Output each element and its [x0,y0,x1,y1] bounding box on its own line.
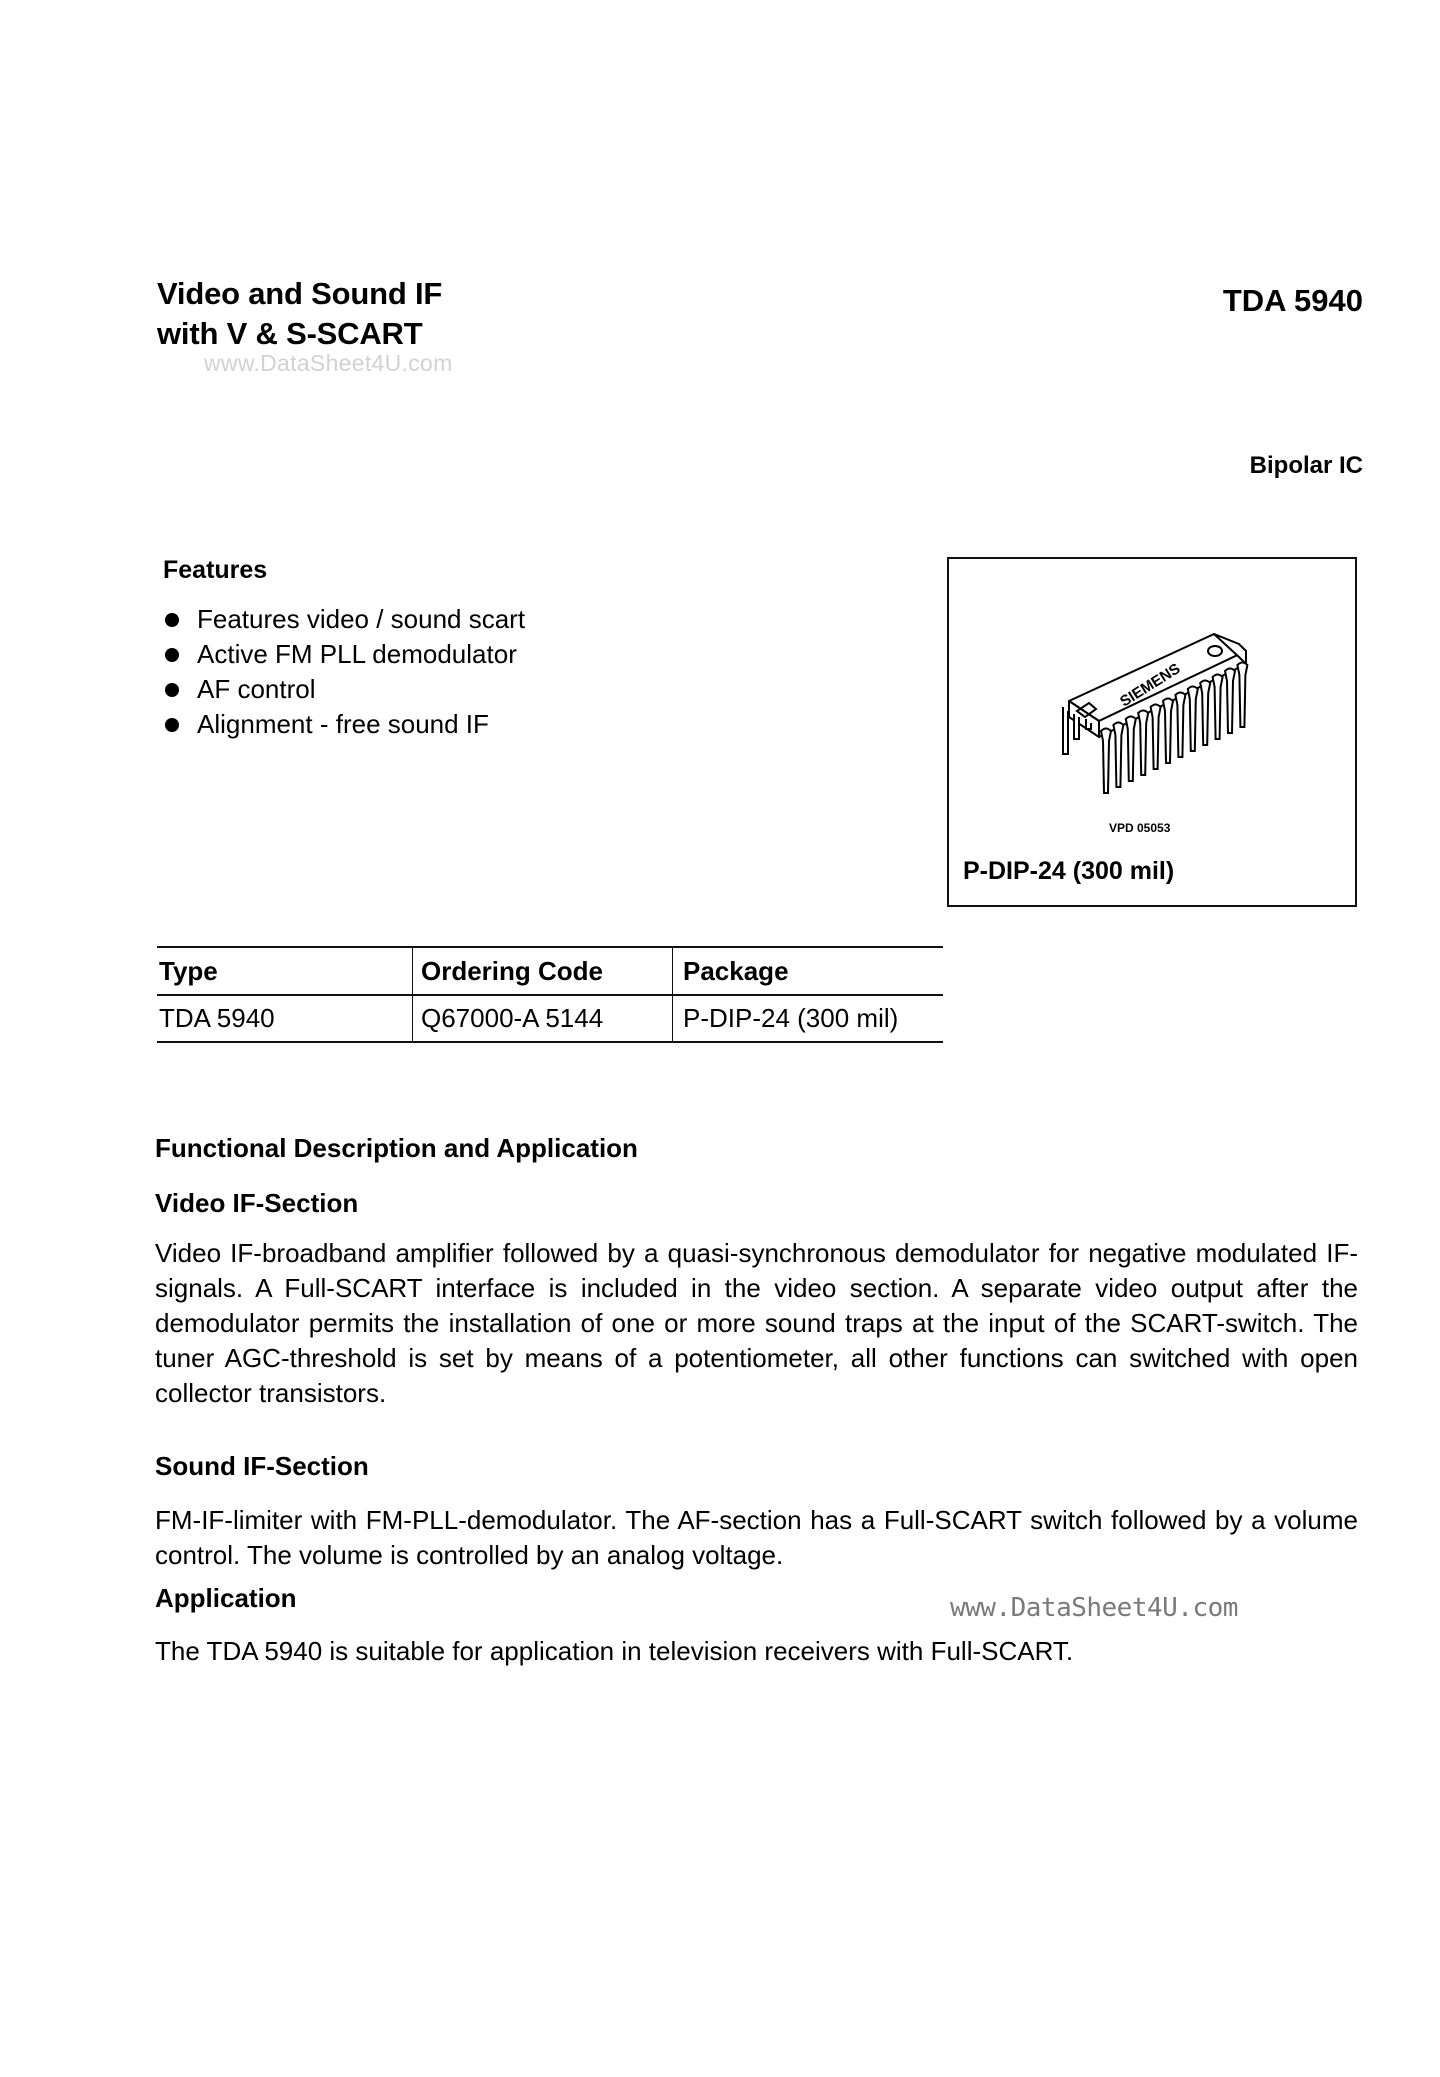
functional-description-heading: Functional Description and Application [155,1133,638,1164]
bullet-icon [165,648,179,662]
feature-item: Features video / sound scart [163,602,525,637]
title-line-2: with V & S-SCART [157,314,442,354]
column-header-package: Package [673,947,944,995]
sound-if-section-heading: Sound IF-Section [155,1451,369,1482]
figure-code: VPD 05053 [1109,821,1170,835]
video-if-section-text: Video IF-broadband amplifier followed by… [155,1236,1358,1411]
application-text: The TDA 5940 is suitable for application… [155,1634,1358,1669]
bullet-icon [165,613,179,627]
bullet-icon [165,718,179,732]
cell-ordering-code: Q67000-A 5144 [413,995,673,1042]
dip-24-chip-icon: SIEMENS [1049,619,1279,819]
title-line-1: Video and Sound IF [157,274,442,314]
package-name: P-DIP-24 (300 mil) [963,857,1174,886]
part-number: TDA 5940 [1223,283,1363,319]
cell-type: TDA 5940 [157,995,413,1042]
cell-package: P-DIP-24 (300 mil) [673,995,944,1042]
features-list: Features video / sound scart Active FM P… [163,602,525,742]
feature-item: Active FM PLL demodulator [163,637,525,672]
column-header-ordering-code: Ordering Code [413,947,673,995]
features-heading: Features [163,556,267,585]
video-if-section-heading: Video IF-Section [155,1188,358,1219]
table-row: TDA 5940 Q67000-A 5144 P-DIP-24 (300 mil… [157,995,943,1042]
feature-item: Alignment - free sound IF [163,707,525,742]
watermark-bottom: www.DataSheet4U.com [950,1593,1238,1623]
package-figure: SIEMENS VPD 05053 P-DIP-24 (300 mil) [947,557,1357,907]
device-family: Bipolar IC [1250,452,1363,480]
watermark-top: www.DataSheet4U.com [204,350,453,377]
feature-item: AF control [163,672,525,707]
document-title: Video and Sound IF with V & S-SCART [157,274,442,354]
table-header-row: Type Ordering Code Package [157,947,943,995]
ordering-table: Type Ordering Code Package TDA 5940 Q670… [157,946,943,1043]
bullet-icon [165,683,179,697]
sound-if-section-text: FM-IF-limiter with FM-PLL-demodulator. T… [155,1503,1358,1573]
column-header-type: Type [157,947,413,995]
application-heading: Application [155,1583,297,1614]
